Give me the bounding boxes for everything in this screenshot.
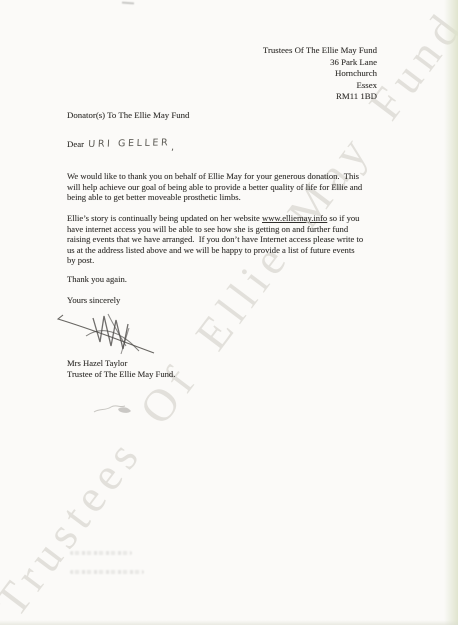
letter-paragraph-line: Ellie’s story is continually being updat… xyxy=(67,213,363,224)
signature-scribble xyxy=(53,306,161,360)
letter-paragraph-line: being able to get better moveable prosth… xyxy=(67,192,362,203)
bleedthrough-mark xyxy=(70,570,144,574)
website-link[interactable]: www.elliemay.info xyxy=(262,213,327,223)
bleedthrough-mark xyxy=(70,551,132,555)
paragraph-text: Ellie’s story is continually being updat… xyxy=(67,213,262,223)
sender-address-line: Hornchurch xyxy=(263,68,377,80)
thank-you-line: Thank you again. xyxy=(67,274,127,284)
handwritten-recipient-name: URI GELLER xyxy=(88,137,170,150)
paragraph-1: We would like to thank you on behalf of … xyxy=(67,171,362,203)
paragraph-text: so if you xyxy=(327,213,359,223)
signature-block: Mrs Hazel Taylor Trustee of The Ellie Ma… xyxy=(67,358,175,380)
letter-paragraph-line: We would like to thank you on behalf of … xyxy=(67,171,362,182)
paragraph-2: Ellie’s story is continually being updat… xyxy=(67,213,363,266)
salutation-line: DearURI GELLER, xyxy=(67,139,173,150)
closing-line: Yours sincerely xyxy=(67,295,120,305)
salutation-prefix: Dear xyxy=(67,139,84,149)
pencil-smudge xyxy=(92,399,136,419)
letter-paragraph-line: raising events that we have arranged. If… xyxy=(67,234,363,245)
sender-address-line: RM11 1BD xyxy=(263,91,377,103)
scan-edge-shadow xyxy=(444,0,458,625)
sender-address-block: Trustees Of The Ellie May Fund 36 Park L… xyxy=(263,45,377,103)
recipient-line: Donator(s) To The Ellie May Fund xyxy=(67,110,189,120)
signatory-name: Mrs Hazel Taylor xyxy=(67,358,175,369)
letter-paragraph-line: us at the address listed above and we wi… xyxy=(67,245,363,256)
scanned-letter-page: Trustees Of Ellie May Fund Trustees Of T… xyxy=(0,0,458,625)
signatory-title: Trustee of The Ellie May Fund. xyxy=(67,369,175,380)
sender-address-line: 36 Park Lane xyxy=(263,57,377,69)
sender-address-line: Essex xyxy=(263,80,377,92)
letter-paragraph-line: have internet access you will be able to… xyxy=(67,224,363,235)
scan-speck xyxy=(122,2,134,5)
letter-paragraph-line: by post. xyxy=(67,255,363,266)
scan-edge-shadow xyxy=(0,620,458,625)
handwritten-comma: , xyxy=(171,142,174,153)
letter-paragraph-line: will help achieve our goal of being able… xyxy=(67,182,362,193)
sender-address-line: Trustees Of The Ellie May Fund xyxy=(263,45,377,57)
